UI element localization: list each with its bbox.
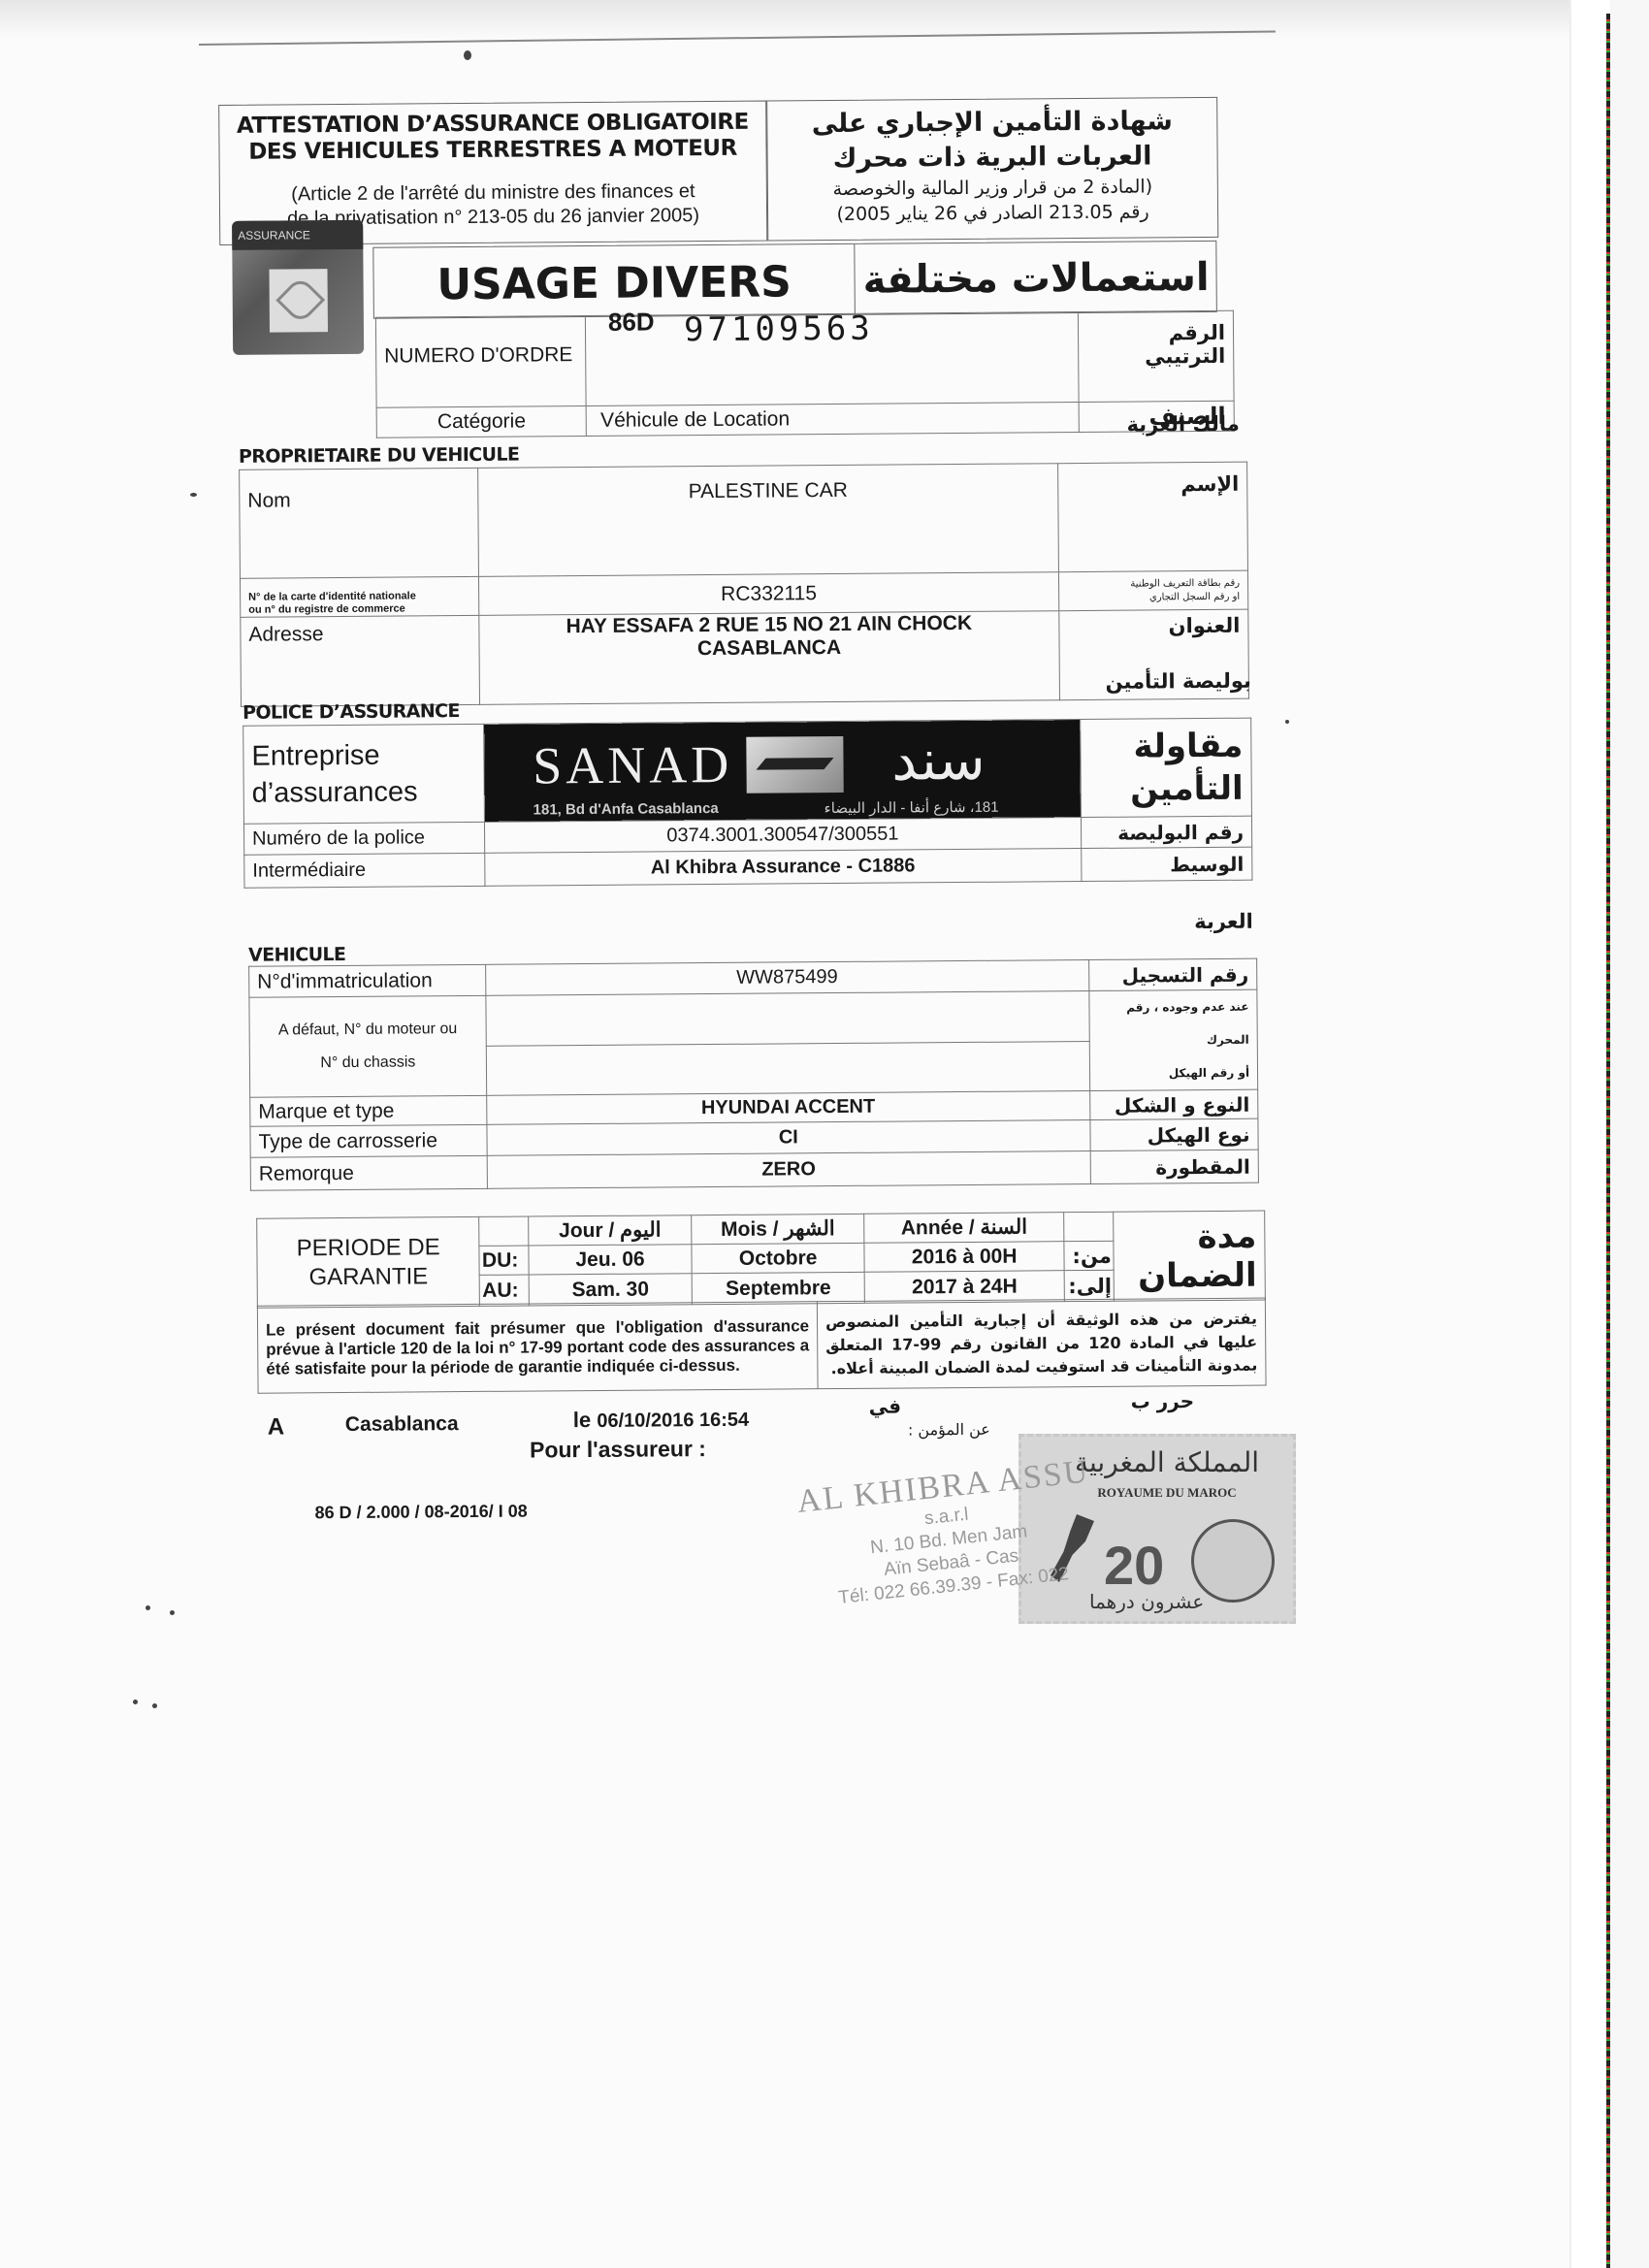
engine-number <box>486 990 1089 1045</box>
scan-speck <box>145 1605 150 1610</box>
sanad-logo-icon <box>746 736 843 794</box>
stamp-country-fr: ROYAUME DU MAROC <box>1060 1485 1274 1501</box>
owner-name: PALESTINE CAR <box>478 464 1058 577</box>
policy-number: 0374.3001.300547/300551 <box>484 818 1081 854</box>
policy-section-fr: POLICE D’ASSURANCE <box>242 700 460 724</box>
from-label-ar: من: <box>1064 1241 1114 1270</box>
issue-date: le 06/10/2016 16:54 <box>573 1407 749 1433</box>
to-year: 2017 à 24H <box>864 1271 1065 1304</box>
vehicle-section-ar: العربة <box>1117 910 1253 934</box>
top-rule <box>199 30 1276 46</box>
vehicle-table: N°d'immatriculation WW875499 رقم التسجيل… <box>248 958 1259 1191</box>
scanned-page: ATTESTATION D’ASSURANCE OBLIGATOIRE DES … <box>0 0 1610 2268</box>
city: Casablanca <box>345 1412 459 1437</box>
notice-ar: يفترض من هذه الوثيقة أن إجبارية التأمين … <box>817 1298 1266 1389</box>
stamp-value: 20 <box>1104 1534 1164 1597</box>
intermediary: Al Khibra Assurance - C1886 <box>484 849 1081 887</box>
company-address-fr: 181, Bd d'Anfa Casablanca <box>533 800 719 819</box>
category-label-fr: Catégorie <box>376 406 587 438</box>
title-ar: شهادة التأمين الإجباري على العربات البري… <box>767 104 1217 178</box>
registration-label-fr: N°d'immatriculation <box>249 964 486 997</box>
body-type: CI <box>487 1119 1090 1155</box>
assurance-hologram-logo: ASSURANCE <box>232 220 364 355</box>
owner-address-label-fr: Adresse <box>241 615 480 706</box>
policy-number-label-ar: رقم البوليصة <box>1081 816 1251 848</box>
owner-section-fr: PROPRIETAIRE DU VEHICULE <box>239 444 519 468</box>
body-label-fr: Type de carrosserie <box>250 1124 487 1157</box>
usage-label-ar: استعمالات مختلفة <box>854 242 1218 316</box>
order-label-ar: الرقم الترتيبي <box>1078 310 1234 402</box>
trailer-label-ar: المقطورة <box>1090 1150 1259 1183</box>
policy-section-ar: بوليصة التأمين <box>1077 669 1251 694</box>
insurance-certificate: ATTESTATION D’ASSURANCE OBLIGATOIRE DES … <box>218 78 1266 85</box>
intermediary-label-fr: Intermédiaire <box>244 853 485 888</box>
make-label-fr: Marque et type <box>250 1095 487 1126</box>
company-label-ar: مقاولة التأمين <box>1081 718 1252 817</box>
scan-edge <box>1569 0 1610 2268</box>
trailer-label-fr: Remorque <box>250 1155 487 1190</box>
notice-table: Le présent document fait présumer que l'… <box>257 1298 1267 1394</box>
company-logo-banner: SANAD سند 181, Bd d'Anfa Casablanca 181،… <box>483 720 1081 823</box>
company-address-ar: 181، شارع أنفا - الدار البيضاء <box>776 798 999 818</box>
period-label-ar: مدة الضمان <box>1114 1211 1265 1301</box>
usage-box: USAGE DIVERS استعمالات مختلفة <box>372 241 1217 319</box>
notice-fr: Le présent document fait présumer que l'… <box>257 1302 818 1394</box>
owner-id: RC332115 <box>479 572 1059 616</box>
to-label-fr: AU: <box>480 1275 530 1306</box>
on-ar: في <box>869 1395 902 1418</box>
period-label-fr: PERIODE DE GARANTIE <box>257 1216 480 1308</box>
column-day: Jour / اليوم <box>528 1215 692 1246</box>
company-label-fr: Entreprise d’assurances <box>243 724 485 824</box>
title-fr: ATTESTATION D’ASSURANCE OBLIGATOIRE DES … <box>219 110 765 166</box>
made-at-ar: حرر ب <box>1131 1389 1195 1413</box>
from-day: Jeu. 06 <box>529 1245 693 1275</box>
engine-chassis-label-ar: عند عدم وجوده ، رقم المحرك أو رقم الهيكل <box>1089 989 1258 1090</box>
category-value: Véhicule de Location <box>587 403 1080 437</box>
scan-speck <box>1285 720 1289 724</box>
order-label-fr: NUMERO D'ORDRE <box>375 316 586 408</box>
scan-speck <box>170 1610 175 1615</box>
chassis-number <box>486 1041 1089 1095</box>
period-blank-cell <box>479 1216 529 1246</box>
stamp-value-ar: عشرون درهما <box>1089 1590 1204 1613</box>
at-label: A <box>268 1414 285 1442</box>
scan-speck <box>152 1703 157 1708</box>
owner-address: HAY ESSAFA 2 RUE 15 NO 21 AIN CHOCK CASA… <box>479 611 1059 705</box>
owner-section-ar: مالك العربة <box>1104 412 1240 437</box>
registration: WW875499 <box>486 959 1089 995</box>
policy-number-label-fr: Numéro de la police <box>243 822 484 855</box>
emblem-icon <box>269 269 328 332</box>
to-month: Septembre <box>692 1272 864 1304</box>
engine-chassis-label-fr: A défaut, N° du moteur ou N° du chassis <box>249 995 487 1097</box>
registration-label-ar: رقم التسجيل <box>1088 958 1257 990</box>
scan-speck <box>464 50 471 60</box>
column-year: Année / السنة <box>864 1213 1065 1244</box>
make: HYUNDAI ACCENT <box>487 1090 1090 1124</box>
header-arabic: شهادة التأمين الإجباري على العربات البري… <box>766 97 1218 242</box>
order-number: 97109563 <box>684 309 874 350</box>
from-month: Octobre <box>692 1243 864 1273</box>
owner-name-label-ar: الإسم <box>1057 462 1247 572</box>
form-reference: 86 D / 2.000 / 08-2016/ I 08 <box>314 1502 527 1524</box>
intermediary-label-ar: الوسيط <box>1082 847 1252 881</box>
body-label-ar: نوع الهيكل <box>1090 1118 1259 1150</box>
scan-speck <box>133 1700 138 1704</box>
order-prefix: 86D <box>608 307 655 337</box>
trailer: ZERO <box>487 1150 1090 1188</box>
owner-id-label-ar: رقم بطاقة التعريف الوطنية او رقم السجل ا… <box>1058 570 1248 611</box>
insurer-label-ar: عن المؤمن : <box>908 1420 990 1440</box>
from-label-fr: DU: <box>479 1246 529 1275</box>
owner-name-label-fr: Nom <box>240 468 479 578</box>
subtitle-ar: (المادة 2 من قرار وزير المالية والخوصصة … <box>768 174 1217 228</box>
column-month: Mois / الشهر <box>692 1214 864 1244</box>
company-name-ar: سند <box>891 727 986 794</box>
stamp-country-ar: المملكة المغربية <box>1060 1446 1274 1478</box>
policy-table: Entreprise d’assurances SANAD سند 181, B… <box>242 718 1252 889</box>
company-name: SANAD <box>533 734 733 796</box>
owner-id-label-fr: N° de la carte d'identité nationale ou n… <box>240 576 479 617</box>
vehicle-section-fr: VEHICULE <box>248 944 345 966</box>
guarantee-period-table: PERIODE DE GARANTIE Jour / اليوم Mois / … <box>256 1211 1266 1309</box>
to-label-ar: إلى: <box>1065 1270 1115 1301</box>
from-year: 2016 à 00H <box>864 1242 1065 1273</box>
period-blank-cell-ar <box>1064 1212 1114 1241</box>
to-day: Sam. 30 <box>529 1274 693 1306</box>
insurer-label: Pour l'assureur : <box>530 1436 706 1463</box>
make-label-ar: النوع و الشكل <box>1089 1089 1258 1119</box>
scan-speck <box>190 493 197 497</box>
